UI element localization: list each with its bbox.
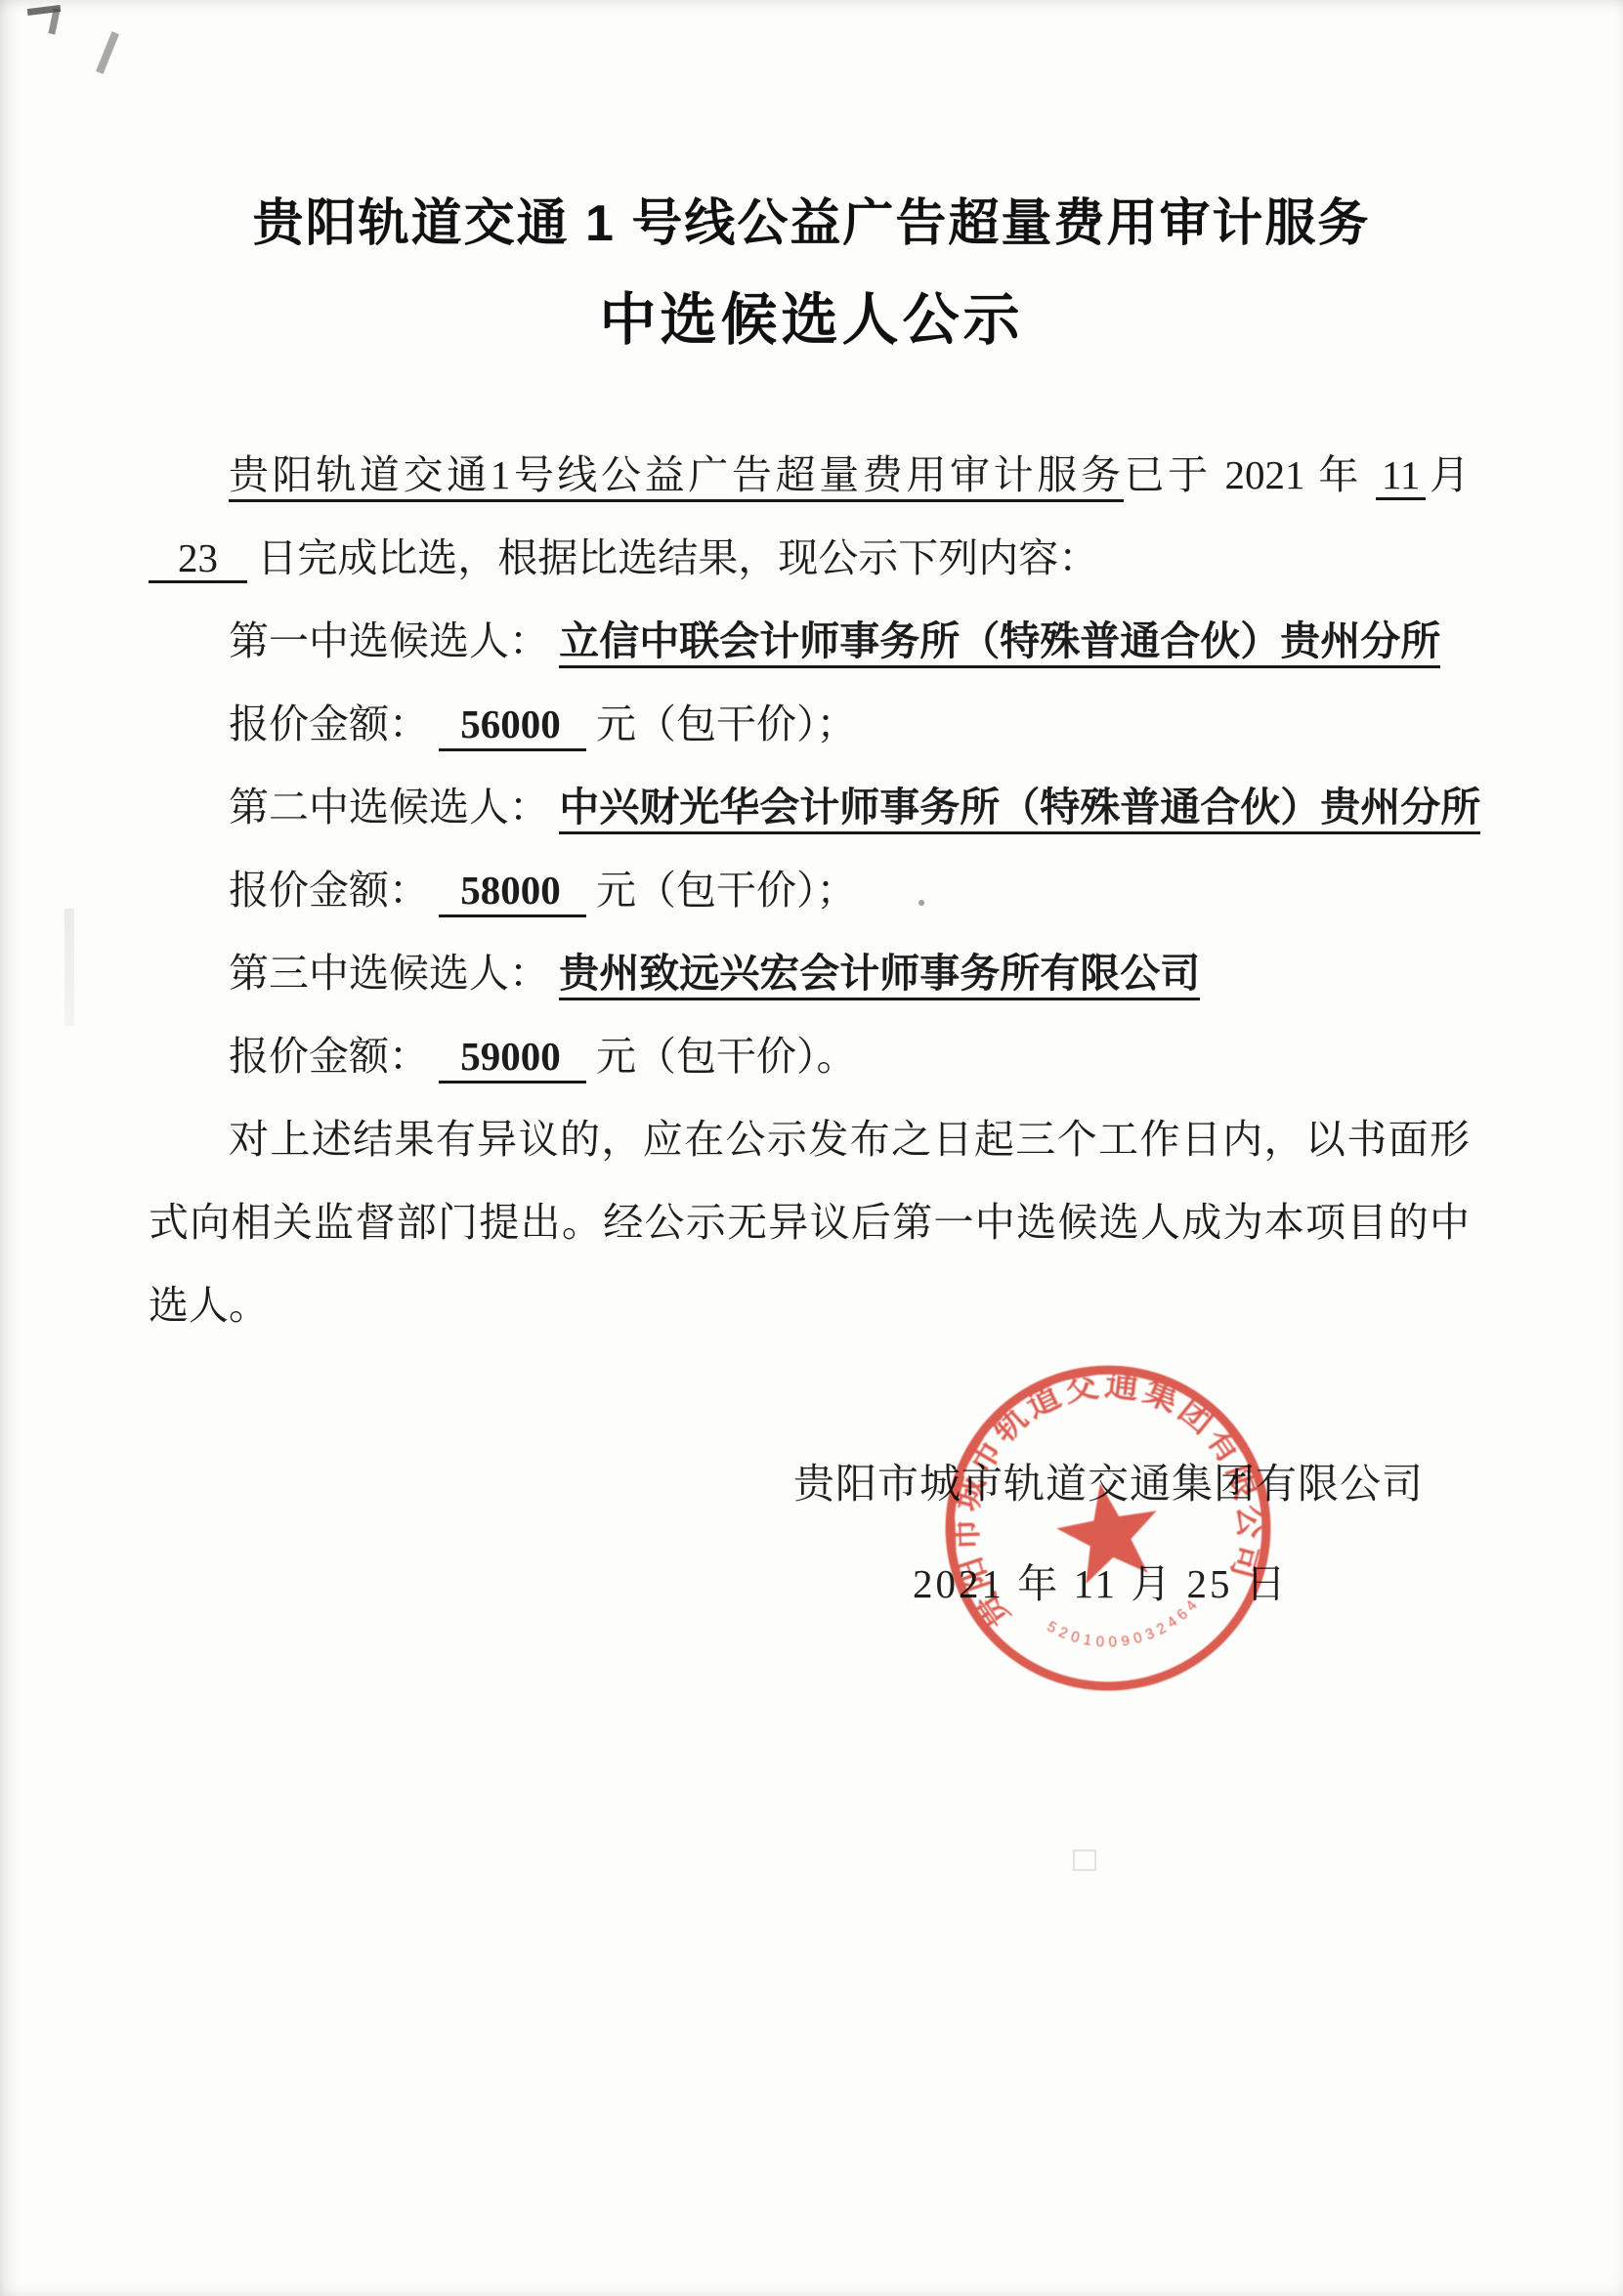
seal-graphic: 贵阳市城市轨道交通集团有限公司 5201009032464 <box>911 1331 1304 1724</box>
candidate-2-price-tail: 元（包干价）； <box>596 868 857 913</box>
official-red-seal: 贵阳市城市轨道交通集团有限公司 5201009032464 <box>911 1331 1304 1724</box>
candidate-3-rank-label: 第三中选候选人： <box>229 951 549 996</box>
candidate-3-name-line: 第三中选候选人： 贵州致远兴宏会计师事务所有限公司 <box>149 932 1470 1015</box>
signature-company: 贵阳市城市轨道交通集团有限公司 <box>793 1452 1424 1510</box>
candidate-2-rank-label: 第二中选候选人： <box>229 785 549 829</box>
completion-month: 11 <box>1376 452 1426 500</box>
candidate-2-name: 中兴财光华会计师事务所（特殊普通合伙）贵州分所 <box>559 785 1480 834</box>
candidate-3-name: 贵州致远兴宏会计师事务所有限公司 <box>559 951 1200 1000</box>
candidate-1-name-line: 第一中选候选人： 立信中联会计师事务所（特殊普通合伙）贵州分所 <box>149 600 1470 683</box>
intro-date-prefix: 已于 2021 年 <box>1124 452 1362 497</box>
candidate-3-price: 59000 <box>439 1034 586 1084</box>
candidate-3-price-tail: 元（包干价）。 <box>596 1034 857 1079</box>
intro-rest: 完成比选，根据比选结果，现公示下列内容： <box>297 535 1098 580</box>
intro-paragraph: 贵阳轨道交通1号线公益广告超量费用审计服务已于 2021 年 11月 23 日完… <box>149 434 1470 600</box>
candidate-2-price-label: 报价金额： <box>229 868 429 913</box>
candidate-1-price: 56000 <box>439 702 586 751</box>
scan-edge-smudge <box>64 909 74 1026</box>
candidate-1-price-tail: 元（包干价）； <box>596 702 857 746</box>
day-unit: 日 <box>257 535 297 580</box>
candidate-2-price-line: 报价金额： 58000 元（包干价）； <box>149 849 1470 932</box>
document-title-line-2: 中选候选人公示 <box>0 274 1623 356</box>
candidate-3-price-label: 报价金额： <box>229 1034 429 1079</box>
signature-date: 2021 年 11 月 25 日 <box>913 1552 1289 1609</box>
scan-ghost-square <box>1073 1850 1096 1871</box>
seal-ring <box>924 1344 1291 1711</box>
candidate-1-price-label: 报价金额： <box>229 702 429 746</box>
month-unit: 月 <box>1426 452 1470 497</box>
candidate-2-price: 58000 <box>439 868 586 917</box>
candidate-1-name: 立信中联会计师事务所（特殊普通合伙）贵州分所 <box>559 618 1440 668</box>
closing-paragraph: 对上述结果有异议的，应在公示发布之日起三个工作日内，以书面形式向相关监督部门提出… <box>149 1098 1470 1347</box>
document-title-line-1: 贵阳轨道交通 1 号线公益广告超量费用审计服务 <box>0 182 1623 255</box>
candidate-1-rank-label: 第一中选候选人： <box>229 618 549 663</box>
candidate-3-price-line: 报价金额： 59000 元（包干价）。 <box>149 1015 1470 1098</box>
document-body: 贵阳轨道交通1号线公益广告超量费用审计服务已于 2021 年 11月 23 日完… <box>149 434 1470 1347</box>
scanned-document-page: 贵阳轨道交通 1 号线公益广告超量费用审计服务 中选候选人公示 贵阳轨道交通1号… <box>0 0 1623 2296</box>
candidate-2-name-line: 第二中选候选人： 中兴财光华会计师事务所（特殊普通合伙）贵州分所 <box>149 766 1470 849</box>
candidate-1-price-line: 报价金额： 56000 元（包干价）； <box>149 683 1470 766</box>
scan-artifact-mark <box>96 31 119 74</box>
project-name-underlined: 贵阳轨道交通1号线公益广告超量费用审计服务 <box>229 452 1124 502</box>
completion-day: 23 <box>149 535 247 583</box>
